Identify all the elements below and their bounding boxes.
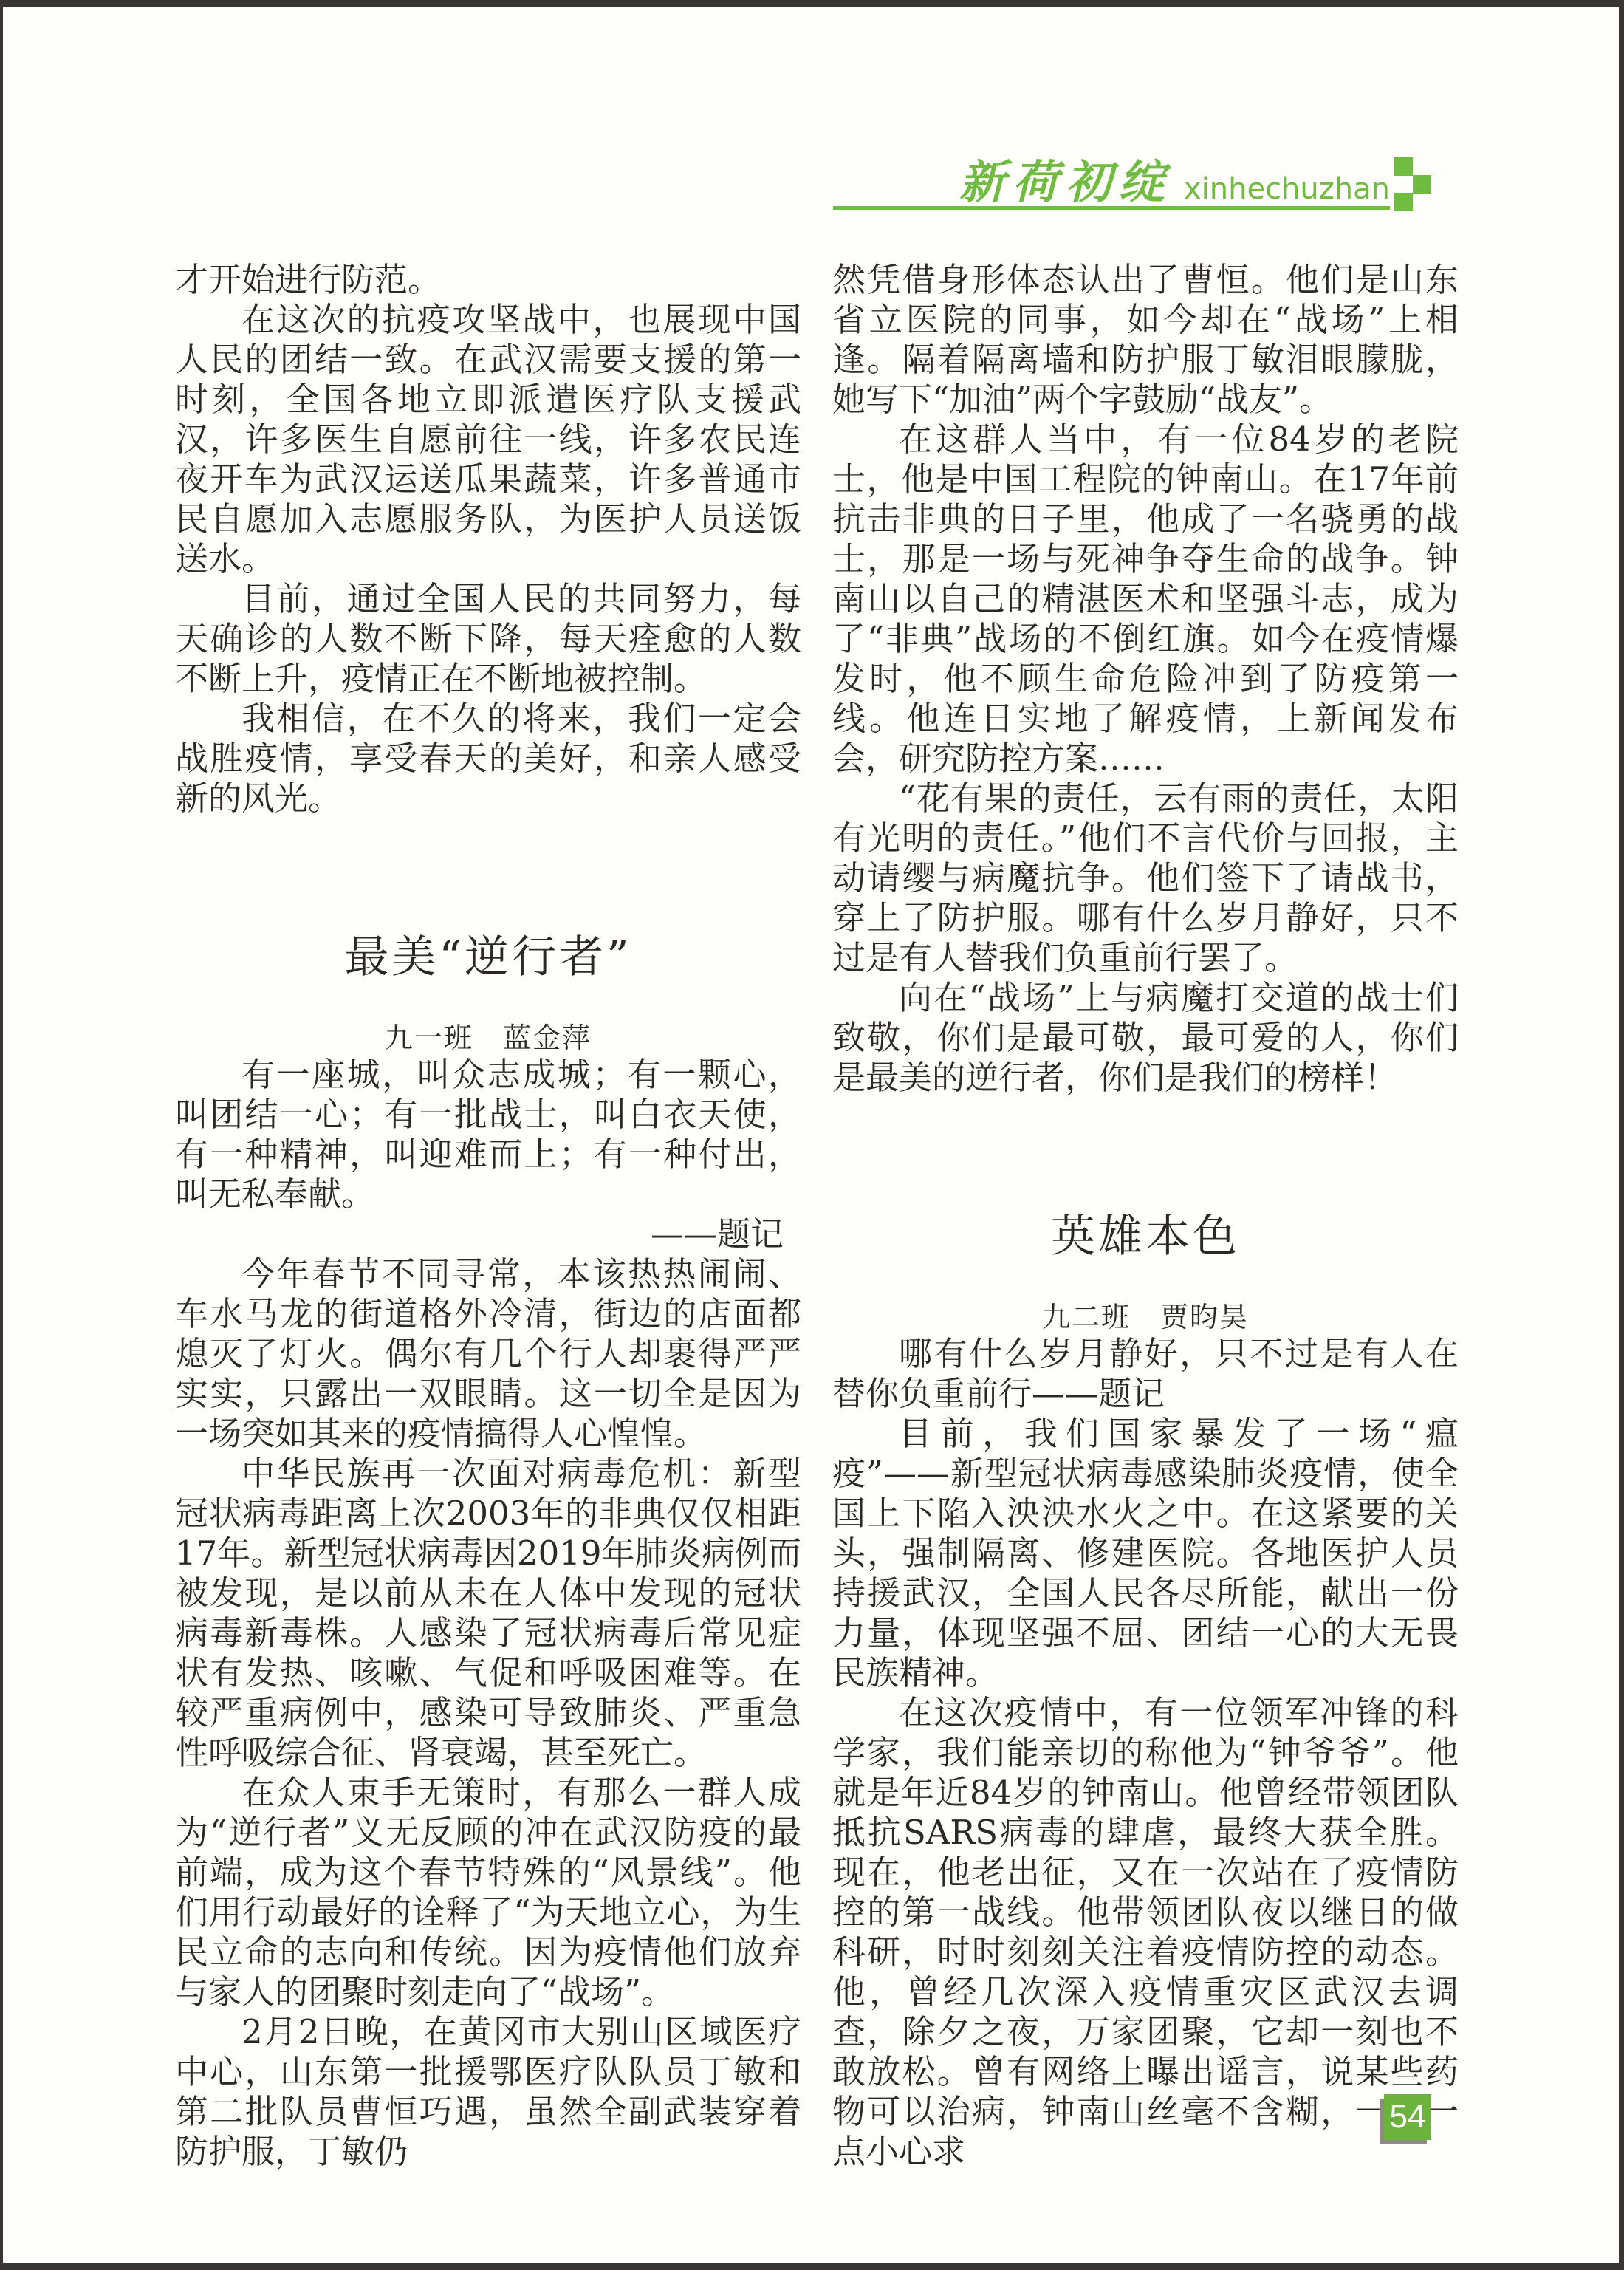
header-rule (833, 206, 1390, 210)
paragraph: “花有果的责任，云有雨的责任，太阳有光明的责任。”他们不言代价与回报，主动请缨与… (832, 779, 1459, 978)
logo-squares (1394, 157, 1431, 211)
paragraph: 在这次的抗疫攻坚战中，也展现中国人民的团结一致。在武汉需要支援的第一时刻，全国各… (175, 300, 801, 579)
epigraph-text: 有一座城，叫众志成城；有一颗心，叫团结一心；有一批战士，叫白衣天使，有一种精神，… (175, 1055, 801, 1214)
header-brand-chinese: 新荷初绽 (959, 160, 1172, 205)
logo-square-icon (1413, 175, 1431, 194)
article-title: 英雄本色 (832, 1210, 1459, 1263)
paragraph: 目前，我们国家暴发了一场“瘟疫”——新型冠状病毒感染肺炎疫情，使全国上下陷入泱泱… (832, 1414, 1459, 1693)
logo-square-icon (1394, 157, 1413, 176)
paragraph: 今年春节不同寻常，本该热热闹闹、车水马龙的街道格外冷清，街边的店面都熄灭了灯火。… (175, 1254, 801, 1454)
article-title: 最美“逆行者” (175, 931, 801, 984)
paragraph: 在这次疫情中，有一位领军冲锋的科学家，我们能亲切的称他为“钟爷爷”。他就是年近8… (832, 1693, 1459, 2172)
right-column: 然凭借身形体态认出了曹恒。他们是山东省立医院的同事，如今却在“战场”上相逢。隔着… (832, 260, 1459, 2172)
paragraph: 中华民族再一次面对病毒危机：新型冠状病毒距离上次2003年的非典仅仅相距17年。… (175, 1454, 801, 1773)
paragraph: 才开始进行防范。 (175, 260, 801, 300)
paragraph: 哪有什么岁月静好，只不过是有人在替你负重前行——题记 (832, 1334, 1459, 1414)
paragraph: 向在“战场”上与病魔打交道的战士们致敬，你们是最可敬，最可爱的人，你们是最美的逆… (832, 978, 1459, 1098)
page-number-badge: 54 (1384, 2094, 1431, 2140)
paragraph: 在众人束手无策时，有那么一群人成为“逆行者”义无反顾的冲在武汉防疫的最前端，成为… (175, 1773, 801, 2012)
paragraph: 2月2日晚，在黄冈市大别山区域医疗中心，山东第一批援鄂医疗队队员丁敏和第二批队员… (175, 2012, 801, 2172)
page-header: 新荷初绽 xinhechuzhan (833, 149, 1390, 205)
header-brand-pinyin: xinhechuzhan (1184, 174, 1390, 205)
paragraph: 在这群人当中，有一位84岁的老院士，他是中国工程院的钟南山。在17年前抗击非典的… (832, 420, 1459, 779)
paragraph: 然凭借身形体态认出了曹恒。他们是山东省立医院的同事，如今却在“战场”上相逢。隔着… (832, 260, 1459, 420)
article-byline: 九二班 贾昀昊 (832, 1300, 1459, 1334)
paragraph: 我相信，在不久的将来，我们一定会战胜疫情，享受春天的美好，和亲人感受新的风光。 (175, 699, 801, 818)
paragraph: 目前，通过全国人民的共同努力，每天确诊的人数不断下降，每天痊愈的人数不断上升，疫… (175, 579, 801, 699)
epigraph-mark: ——题记 (175, 1214, 801, 1254)
logo-square-icon (1394, 193, 1413, 211)
left-column: 才开始进行防范。 在这次的抗疫攻坚战中，也展现中国人民的团结一致。在武汉需要支援… (175, 260, 801, 2172)
article-byline: 九一班 蓝金萍 (175, 1021, 801, 1055)
